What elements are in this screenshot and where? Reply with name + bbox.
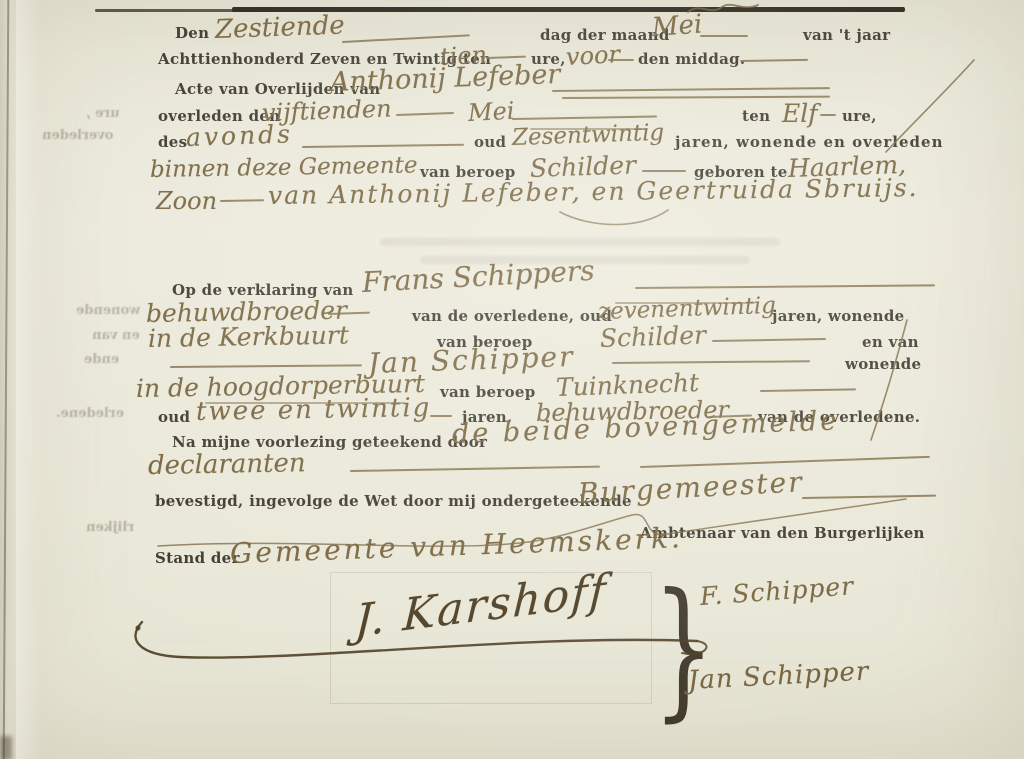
ink-dash — [802, 495, 936, 499]
printed-ten: ten — [742, 107, 770, 125]
printed-ure2: ure, — [842, 107, 877, 125]
hw-time-of-day: avonds — [185, 119, 293, 152]
printed-den-middag: den middag. — [638, 50, 745, 68]
hw-witness1-name: Frans Schippers — [361, 254, 595, 299]
ink-dash — [302, 144, 464, 148]
top-rule-thin — [95, 9, 240, 12]
printed-van-beroep3: van beroep — [440, 383, 536, 401]
bleed-text: ende — [84, 352, 119, 367]
hw-zoon: Zoon — [156, 187, 217, 215]
ink-lead-stroke — [170, 364, 362, 368]
printed-oud2: oud — [158, 408, 190, 426]
hw-witness2-age: twee en twintig — [196, 393, 432, 427]
ink-dash — [642, 170, 686, 172]
printed-oud: oud — [474, 133, 506, 151]
hw-death-hour: Elf — [782, 99, 818, 128]
ink-crossbar — [205, 402, 405, 404]
ink-dash — [740, 59, 808, 62]
printed-stand-der: Stand der — [155, 549, 240, 567]
ink-dash — [486, 56, 526, 59]
ink-dash — [220, 199, 264, 202]
printed-wonende: wonende — [845, 355, 921, 373]
bleed-text: erledene. — [56, 406, 124, 421]
hw-voor: voor — [565, 40, 620, 71]
ink-dash — [700, 35, 748, 37]
printed-van-de-overledene-oud: van de overledene, oud — [412, 307, 612, 325]
ink-dash — [760, 388, 856, 392]
hw-burgemeester: Burgemeester — [577, 465, 804, 510]
hw-deceased-name: Anthonij Lefeber — [329, 59, 560, 98]
hw-residence: binnen deze Gemeente — [150, 152, 418, 183]
ink-crossbar — [530, 128, 648, 130]
bleed-text: en van — [92, 328, 140, 343]
printed-des: des — [158, 133, 187, 151]
hw-day: Zestiende — [214, 10, 345, 45]
printed-den: Den — [175, 24, 209, 42]
hw-month: Mei — [651, 10, 703, 43]
corner-smudge — [0, 736, 12, 759]
printed-jaren-wonende-overleden: jaren, wonende en overleden — [675, 133, 944, 151]
printed-bevestigd: bevestigd, ingevolge de Wet door mij ond… — [155, 492, 632, 510]
ink-dash — [328, 312, 370, 315]
hw-age: Zesentwintig — [512, 120, 665, 151]
descender-loop — [560, 210, 668, 225]
ink-crossbar — [615, 302, 755, 304]
bleed-ghost-line — [380, 238, 780, 246]
hw-death-month: Mei — [467, 97, 515, 127]
bleed-text: wonende — [76, 303, 140, 318]
hw-gemeente: Gemeente van Heemskerk. — [229, 521, 683, 570]
ink-dash — [635, 284, 935, 289]
ink-dash — [552, 87, 830, 92]
ink-dash — [430, 415, 452, 417]
ink-dash — [396, 112, 454, 116]
ink-dash — [712, 338, 826, 342]
ink-dash — [820, 114, 836, 116]
page-fold-highlight — [16, 0, 42, 759]
bleed-text: overleden — [42, 128, 113, 143]
hw-witness1-address: in de Kerkbuurt — [148, 320, 349, 353]
ink-dash — [350, 466, 600, 472]
ink-dash — [612, 360, 810, 364]
printed-en-van: en van — [862, 333, 919, 351]
ink-dash — [512, 115, 657, 120]
printed-na-mijne: Na mijne voorlezing geteekend door — [172, 433, 487, 451]
bleed-text: rlijken — [86, 520, 134, 535]
hw-witness1-occupation: Schilder — [599, 320, 706, 353]
hw-declaranten: declaranten — [148, 448, 306, 481]
witness1-signature: F. Schipper — [699, 571, 855, 611]
printed-van-t-jaar: van 't jaar — [803, 26, 890, 44]
death-record-page: ure , overleden wonende en van ende erle… — [0, 0, 1024, 759]
ink-splatter — [135, 625, 140, 630]
printed-jaren-wonende: jaren, wonende — [772, 307, 904, 325]
bleed-text: ure , — [86, 106, 120, 121]
ink-dash — [608, 59, 634, 61]
